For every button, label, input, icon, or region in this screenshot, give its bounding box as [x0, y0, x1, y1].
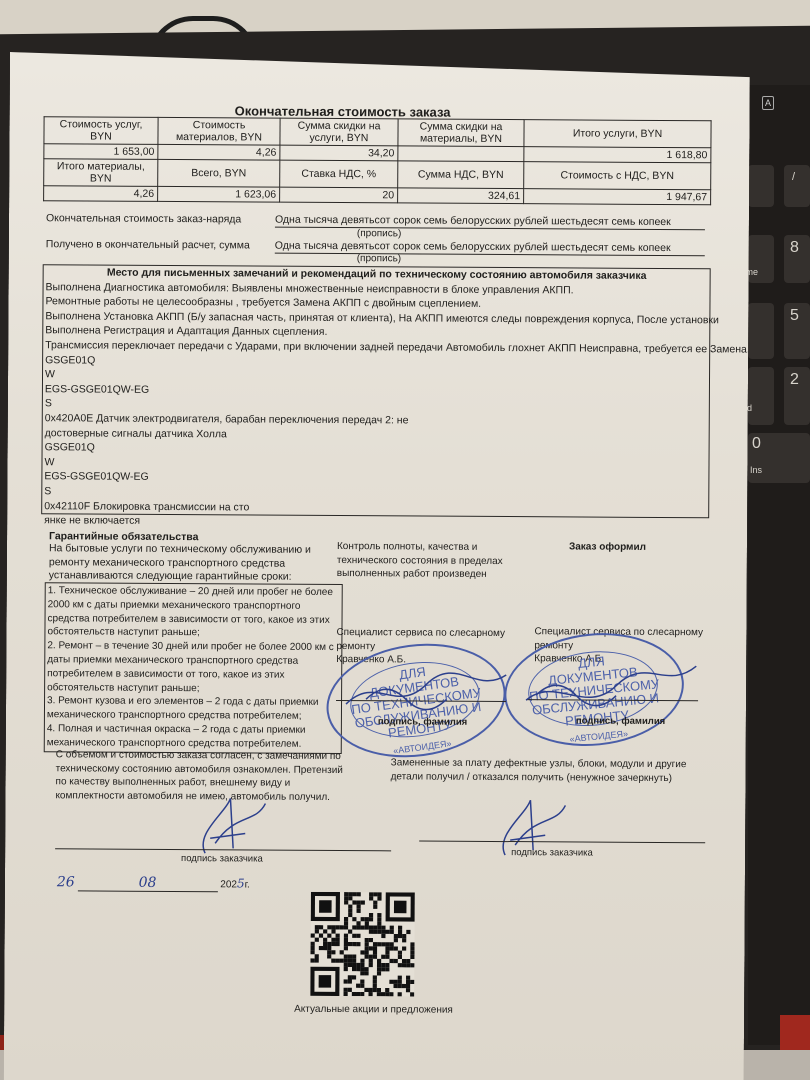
date-suffix: г.: [245, 879, 250, 890]
header-vat-rate: Ставка НДС, %: [280, 160, 398, 188]
value-grand-total: 1 623,06: [158, 186, 280, 202]
date-year-prefix: 202: [220, 879, 237, 890]
value-materials-discount: [398, 146, 524, 162]
header-materials-total: Итого материалы, BYN: [44, 159, 158, 187]
date-field: 26 08 2025г.: [57, 874, 250, 892]
remarks-lines: Выполнена Диагностика автомобиля: Выявле…: [42, 280, 710, 532]
header-services-total: Итого услуги, BYN: [524, 120, 711, 148]
key-numlock: [748, 165, 774, 207]
quality-control-text: Контроль полноты, качества и техническог…: [337, 540, 507, 582]
specialist-signatures: [336, 644, 716, 726]
header-grand-total: Всего, BYN: [158, 159, 280, 187]
header-materials-discount: Сумма скидки на материалы, BYN: [398, 119, 524, 147]
warranty-terms-box: 1. Техническое обслуживание – 20 дней ил…: [44, 582, 343, 753]
header-vat-amount: Сумма НДС, BYN: [398, 161, 524, 189]
warranty-item: 2. Ремонт – в течение 30 дней или пробег…: [47, 639, 339, 696]
key-4: [748, 303, 774, 359]
value-services-total: 1 618,80: [524, 147, 711, 163]
customer-signature-label-2: подпись заказчика: [511, 847, 593, 858]
value-materials-cost: 4,26: [158, 144, 280, 160]
key-8: 8: [784, 235, 810, 283]
replaced-parts-text: Замененные за плату дефектные узлы, блок…: [391, 756, 691, 785]
cost-table: Стоимость услуг, BYN Стоимость материало…: [43, 116, 712, 205]
value-vat-rate: 20: [280, 187, 398, 203]
remarks-box: Место для письменных замечаний и рекомен…: [41, 264, 711, 518]
header-total-with-vat: Стоимость с НДС, BYN: [524, 162, 711, 190]
value-vat-amount: 324,61: [398, 188, 524, 204]
remarks-line: янке не включается: [42, 513, 708, 532]
key-slash: /: [784, 165, 810, 207]
received-words: Одна тысяча девятьсот сорок семь белорус…: [275, 240, 705, 257]
cost-header-row-2: Итого материалы, BYN Всего, BYN Ставка Н…: [44, 159, 711, 190]
received-label: Получено в окончательный расчет, сумма: [46, 238, 250, 251]
value-materials-total: 4,26: [44, 186, 158, 202]
numpad: / Home 8 5 End 2 0Ins: [748, 85, 810, 1045]
final-cost-label: Окончательная стоимость заказ-наряда: [46, 212, 241, 225]
warranty-item: 1. Техническое обслуживание – 20 дней ил…: [47, 584, 339, 641]
key-2: 2: [784, 367, 810, 425]
key-0: 0Ins: [748, 433, 810, 483]
warranty-intro: На бытовые услуги по техническому обслуж…: [49, 542, 329, 584]
warranty-title: Гарантийные обязательства: [49, 530, 198, 543]
repair-order-paper: Окончательная стоимость заказа Стоимость…: [4, 52, 750, 1080]
header-services-discount: Сумма скидки на услуги, BYN: [280, 118, 398, 146]
value-total-with-vat: 1 947,67: [524, 189, 711, 205]
key-5: 5: [784, 303, 810, 359]
header-services-cost: Стоимость услуг, BYN: [44, 117, 158, 145]
header-materials-cost: Стоимость материалов, BYN: [158, 117, 280, 145]
qr-caption: Актуальные акции и предложения: [294, 1004, 453, 1016]
date-month: 08: [139, 875, 157, 891]
warranty-item: 3. Ремонт кузова и его элементов – 2 год…: [47, 695, 339, 724]
customer-signature-label-1: подпись заказчика: [181, 853, 263, 864]
capslock-indicator: A: [762, 96, 774, 110]
cost-value-row-2: 4,26 1 623,06 20 324,61 1 947,67: [44, 186, 711, 205]
order-issued-title: Заказ оформил: [569, 541, 646, 552]
key-end: End: [748, 367, 774, 425]
value-services-cost: 1 653,00: [44, 144, 158, 160]
value-services-discount: 34,20: [280, 145, 398, 161]
final-cost-words: Одна тысяча девятьсот сорок семь белорус…: [275, 214, 705, 231]
propis-label-1: (пропись): [357, 228, 401, 239]
propis-label-2: (пропись): [357, 253, 401, 264]
key-home: Home: [748, 235, 774, 283]
date-day: 26: [57, 874, 75, 890]
cost-header-row-1: Стоимость услуг, BYN Стоимость материало…: [44, 117, 711, 148]
date-month-line: 08: [77, 874, 217, 892]
red-fabric: [780, 1015, 810, 1050]
qr-code: [310, 892, 415, 997]
date-year-hand: 5: [237, 876, 245, 890]
warranty-item: 4. Полная и частичная окраска – 2 года с…: [47, 722, 339, 751]
